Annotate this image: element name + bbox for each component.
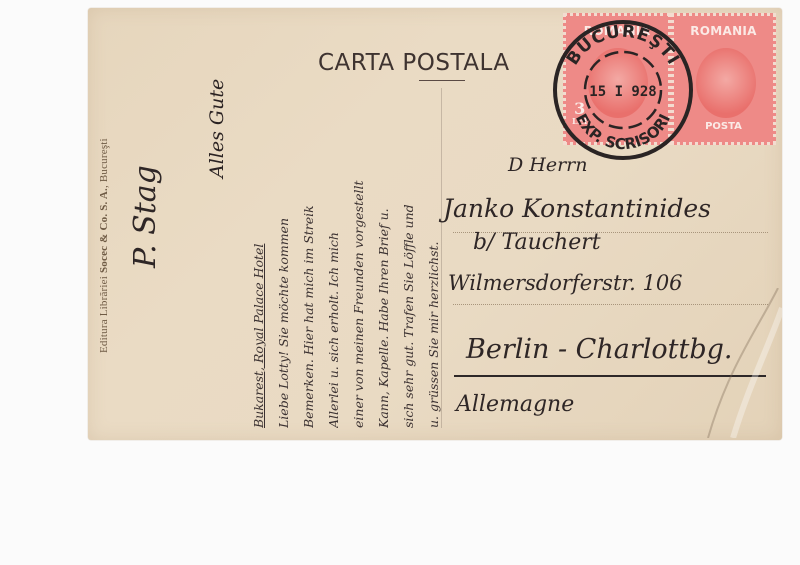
address-country: Allemagne bbox=[456, 392, 574, 417]
signature: P. Stag bbox=[128, 165, 163, 268]
message-line: Liebe Lotty! Sie möchte kommen bbox=[271, 98, 296, 428]
message-line: Bemerken. Hier hat mich im Streik bbox=[296, 98, 321, 428]
message-line: Allerlei u. sich erholt. Ich mich bbox=[321, 98, 346, 428]
message-line: Kann, Kapelle. Habe Ihren Brief u. bbox=[371, 98, 396, 428]
title-underline bbox=[419, 80, 465, 81]
publisher-suffix: , Bucureşti bbox=[98, 138, 110, 188]
message-line: u. grüssen Sie mir herzlichst. bbox=[421, 98, 446, 428]
address-name: Janko Konstantinides bbox=[443, 194, 711, 223]
postmark-city: BUCUREŞTI bbox=[563, 22, 684, 69]
publisher-imprint: Editura Librăriei Socec & Co. S. A., Buc… bbox=[98, 138, 110, 353]
stamp-portrait-icon bbox=[696, 48, 756, 118]
handwritten-message: Bukarest, Royal Palace Hotel Liebe Lotty… bbox=[246, 98, 446, 428]
message-closing: Alles Gute bbox=[206, 79, 228, 178]
address-street: Wilmersdorferstr. 106 bbox=[448, 271, 683, 295]
postmark-cancellation-icon: BUCUREŞTI EXP. SCRISORI 15 I 928 bbox=[548, 10, 698, 160]
message-line: sich sehr gut. Trafen Sie Löffle und bbox=[396, 98, 421, 428]
message-line: einer von meinen Freunden vorgestellt bbox=[346, 98, 371, 428]
postcard: Editura Librăriei Socec & Co. S. A., Buc… bbox=[88, 8, 782, 440]
address-salutation: D Herrn bbox=[508, 154, 588, 176]
publisher-prefix: Editura Librăriei bbox=[98, 273, 110, 353]
svg-text:BUCUREŞTI: BUCUREŞTI bbox=[563, 22, 684, 69]
card-crease bbox=[688, 288, 782, 438]
address-care-of: b/ Tauchert bbox=[473, 230, 601, 255]
message-line: Bukarest, Royal Palace Hotel bbox=[246, 98, 271, 428]
postmark-date: 15 I 928 bbox=[589, 84, 656, 100]
publisher-name: Socec & Co. S. A. bbox=[98, 188, 110, 273]
card-title: CARTA POSTALA bbox=[318, 50, 510, 76]
